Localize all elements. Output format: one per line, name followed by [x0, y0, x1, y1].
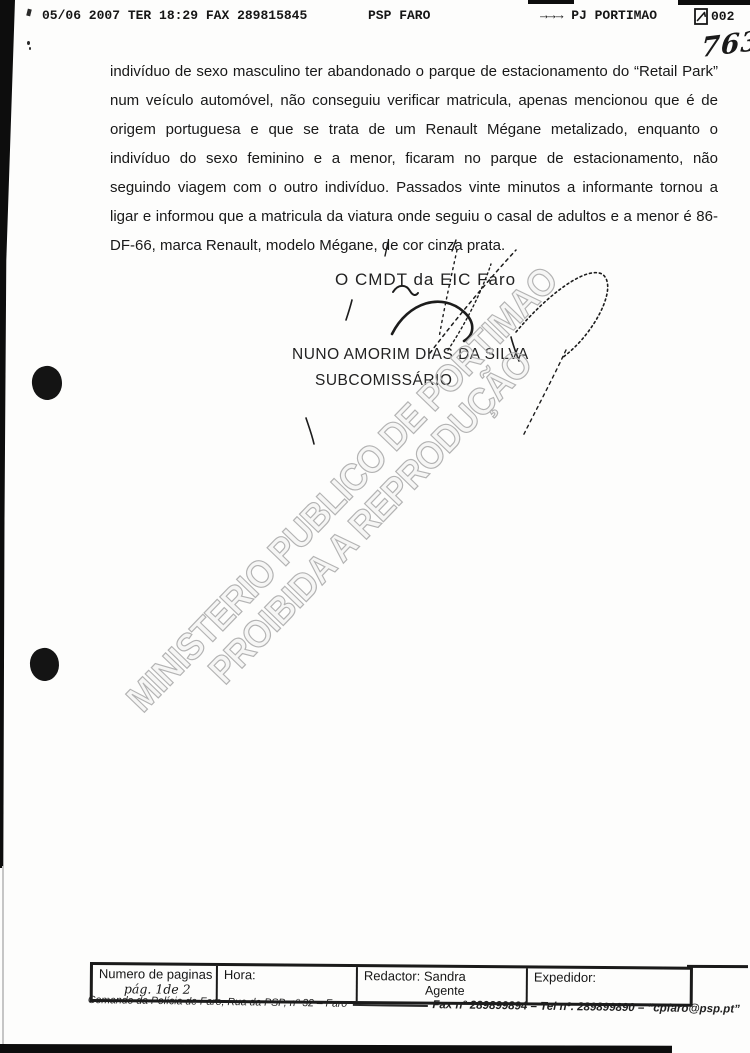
fax-page-counter: 002 — [694, 8, 734, 25]
fax-datetime-text: 05/06 2007 TER 18:29 — [42, 8, 198, 23]
expedidor-label: Expedidor: — [534, 969, 690, 985]
body-line: seguindo viagem com o outro indivíduo. P… — [110, 173, 718, 202]
redactor-label-text: Redactor: — [364, 968, 420, 983]
contact-numbers: Fax nº 289899894 – Tel nº. 289899890 – “… — [432, 999, 740, 1016]
command-address: Comando da Polícia de Faro, Rua da PSP, … — [88, 994, 347, 1010]
hole-punch-mark — [28, 646, 61, 683]
footer-divider-line — [353, 1004, 427, 1007]
body-line: ligar e informou que a matricula da viat… — [110, 202, 718, 231]
scan-top-edge-mark — [528, 0, 574, 4]
scan-speckle — [29, 47, 31, 50]
fax-transmission-header: 05/06 2007 TER 18:29 FAX 289815845 PSP F… — [0, 8, 750, 28]
scan-top-edge-mark — [678, 0, 750, 5]
arrows-icon: →→→ — [540, 8, 563, 23]
fax-datetime: 05/06 2007 TER 18:29 FAX 289815845 — [42, 8, 307, 23]
redactor-name: Sandra — [424, 969, 466, 984]
pages-label: Numero de paginas — [99, 966, 216, 982]
redactor-role: Agente — [364, 983, 526, 998]
body-line: indivíduo de sexo masculino ter abandona… — [110, 57, 718, 86]
time-label: Hora: — [224, 967, 356, 983]
footer-cell-expedidor: Expedidor: — [526, 968, 690, 1003]
body-line: origem portuguesa e que se trata de um R… — [110, 115, 718, 144]
hole-punch-mark — [30, 364, 64, 402]
body-line: indivíduo do sexo feminino e a menor, fi… — [110, 144, 718, 173]
scan-left-edge-faint-line — [2, 866, 4, 1053]
body-line: num veículo automóvel, não conseguiu ver… — [110, 86, 718, 115]
fax-recipient-name: PJ PORTIMAO — [571, 8, 657, 23]
fax-page-icon — [694, 8, 709, 25]
fax-sender-name: PSP FARO — [368, 8, 430, 23]
fax-page-counter-value: 002 — [711, 9, 734, 24]
footer-table-extension-line — [687, 965, 748, 968]
body-paragraph: indivíduo de sexo masculino ter abandona… — [110, 57, 718, 260]
scan-bottom-edge-artifact — [0, 1044, 672, 1053]
scan-left-edge-artifact — [0, 0, 15, 868]
scan-speckle — [27, 41, 30, 45]
fax-recipient: →→→ PJ PORTIMAO — [540, 8, 657, 23]
fax-document-page: 05/06 2007 TER 18:29 FAX 289815845 PSP F… — [0, 0, 750, 1053]
fax-label: FAX — [206, 8, 229, 23]
footer-cell-redactor: Redactor: Sandra Agente — [356, 967, 526, 1002]
fax-sender-number: 289815845 — [237, 8, 307, 23]
redactor-label: Redactor: Sandra — [364, 968, 526, 984]
